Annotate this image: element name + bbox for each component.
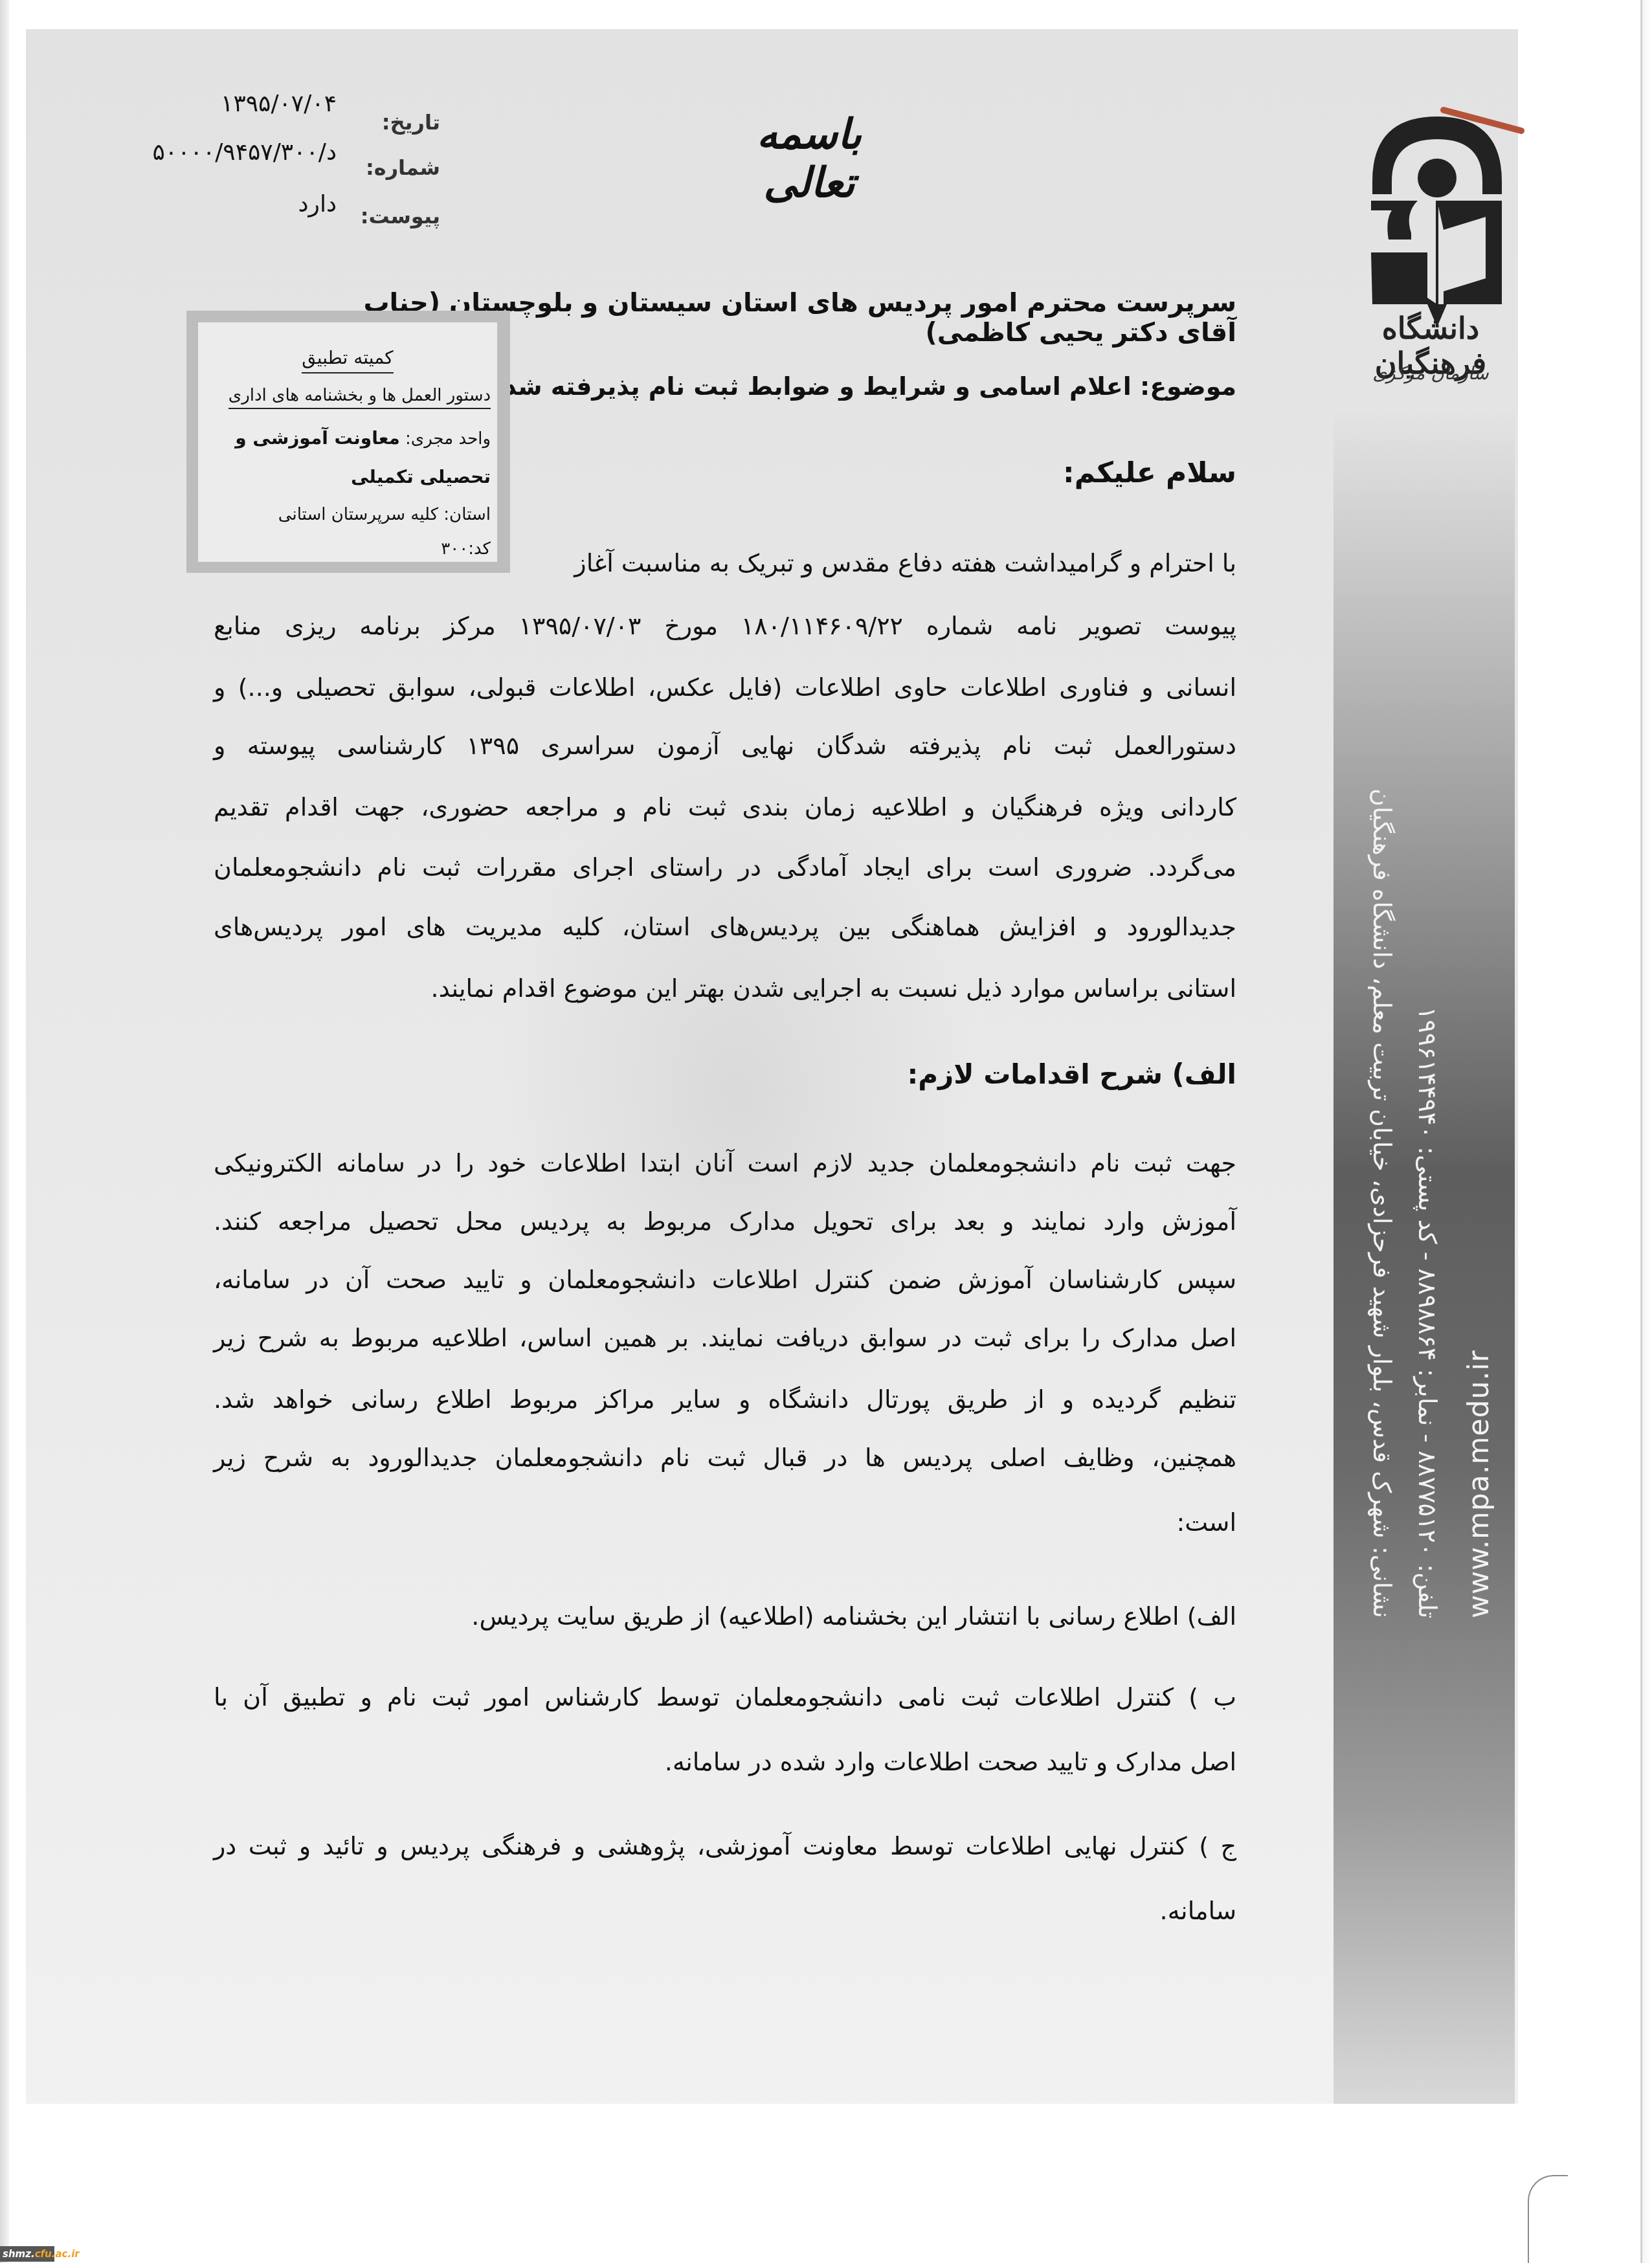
section-paragraph-line: اصل مدارک را برای ثبت در سوابق دریافت نم… <box>214 1324 1236 1352</box>
date-value: ۱۳۹۵/۰۷/۰۴ <box>104 91 337 117</box>
letterhead-contact: نشانی: شهرک قدس، بلوار شهید فرحزادی، خیا… <box>1334 712 1515 1618</box>
body-paragraph-line: جدیدالورود و افزایش هماهنگی بین پردیس‌ها… <box>214 913 1236 941</box>
stamp-unit: واحد مجری: معاونت آموزشی و <box>235 427 491 449</box>
section-heading: الف) شرح اقدامات لازم: <box>842 1058 1236 1090</box>
subject-line: موضوع: اعلام اسامی و شرایط و ضوابط ثبت ن… <box>498 372 1236 401</box>
website-link[interactable]: www.mpa.medu.ir <box>1457 712 1502 1618</box>
body-paragraph-line: می‌گردد. ضروری است برای ایجاد آمادگی در … <box>214 853 1236 882</box>
attachment-label: پیوست: <box>350 204 440 229</box>
body-paragraph-line: استانی براساس موارد ذیل نسبت به اجرایی ش… <box>214 974 1236 1003</box>
logo-subtitle: سازمان مرکزی <box>1334 362 1528 384</box>
greeting: سلام علیکم: <box>971 456 1236 489</box>
number-label: شماره: <box>350 155 440 180</box>
invocation-heading: باسمه تعالی <box>725 110 893 207</box>
scan-edge-right <box>1626 0 1652 2263</box>
scan-edge-left <box>0 0 9 2263</box>
body-paragraph-line: کاردانی ویژه فرهنگیان و اطلاعیه زمان بند… <box>214 793 1236 821</box>
body-paragraph-line: پیوست تصویر نامه شماره ۱۸۰/۱۱۴۶۰۹/۲۲ مور… <box>214 612 1236 640</box>
stamp-unit-cont: تحصیلی تکمیلی <box>351 466 491 487</box>
section-paragraph-line: تنظیم گردیده و از طریق پورتال دانشگاه و … <box>214 1385 1236 1414</box>
section-paragraph-line: همچنین، وظایف اصلی پردیس ها در قبال ثبت … <box>214 1444 1236 1472</box>
site-watermark: shmz.cfu.ac.ir <box>0 2246 54 2262</box>
stamp-title: کمیته تطبیق <box>198 347 497 368</box>
body-paragraph-line: با احترام و گرامیداشت هفته دفاع مقدس و ت… <box>518 549 1236 577</box>
section-paragraph-line: سپس کارشناسان آموزش ضمن کنترل اطلاعات دا… <box>214 1265 1236 1294</box>
body-paragraph-line: انسانی و فناوری اطلاعات حاوی اطلاعات (فا… <box>214 673 1236 702</box>
duty-item-b: ب ) کنترل اطلاعات ثبت نامی دانشجومعلمان … <box>214 1683 1236 1711</box>
duty-item-c-cont: سامانه. <box>214 1897 1236 1925</box>
address-line: نشانی: شهرک قدس، بلوار شهید فرحزادی، خیا… <box>1359 712 1405 1618</box>
section-paragraph-line: آموزش وارد نمایند و بعد برای تحویل مدارک… <box>214 1207 1236 1236</box>
compliance-committee-stamp: کمیته تطبیق دستور العمل ها و بخشنامه های… <box>186 311 510 573</box>
duty-item-c: ج ) کنترل نهایی اطلاعات توسط معاونت آموز… <box>214 1832 1236 1860</box>
phone-line: تلفن: ۸۸۷۷۵۱۲۰ - نمابر: ۸۸۹۸۸۶۴ - کد پست… <box>1405 712 1450 1618</box>
section-paragraph-line: جهت ثبت نام دانشجومعلمان جدید لازم است آ… <box>214 1149 1236 1177</box>
letter-number-value: د/۵۰۰۰۰/۹۴۵۷/۳۰۰ <box>104 139 337 166</box>
stamp-subtitle: دستور العمل ها و بخشنامه های اداری <box>229 386 491 409</box>
date-label: تاریخ: <box>350 110 440 135</box>
attachment-value: دارد <box>104 191 337 217</box>
duty-item-b-cont: اصل مدارک و تایید صحت اطلاعات وارد شده د… <box>214 1748 1236 1776</box>
stamp-code: کد:۳۰۰ <box>441 539 491 559</box>
body-paragraph-line: دستورالعمل ثبت نام پذیرفته شدگان نهایی آ… <box>214 731 1236 760</box>
paper-tear <box>1528 2175 1568 2263</box>
duty-item-a: الف) اطلاع رسانی با انتشار این بخشنامه (… <box>214 1602 1236 1631</box>
stamp-province: استان: کلیه سرپرستان استانی <box>278 505 491 524</box>
section-paragraph-line: است: <box>214 1508 1236 1537</box>
